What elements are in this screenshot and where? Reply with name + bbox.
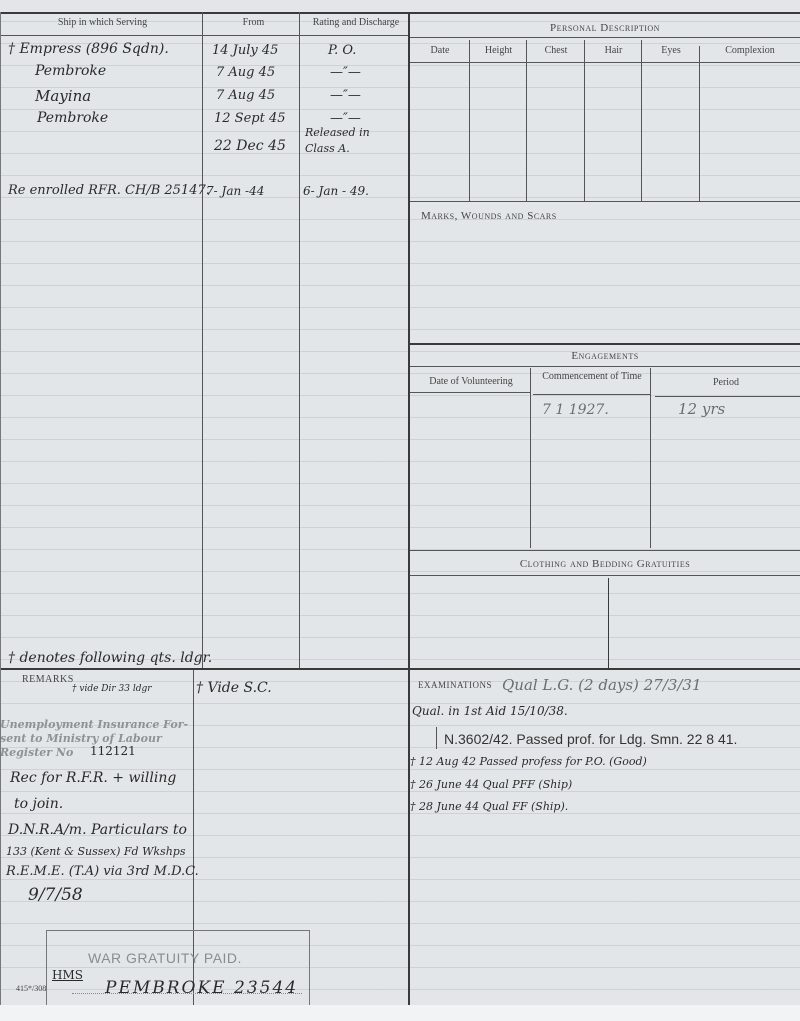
exam-entry-2: Qual. in 1st Aid 15/10/38.	[412, 704, 568, 718]
left-edge	[0, 12, 1, 1005]
pd-col-eyes: Eyes	[642, 45, 700, 56]
pd-divider-4	[641, 40, 642, 201]
remarks-vide: † Vide S.C.	[196, 680, 272, 696]
unemployment-line-1: Unemployment Insurance For-	[0, 718, 188, 731]
service-rating-7: 6- Jan - 49.	[303, 184, 369, 198]
pd-divider-1	[469, 40, 470, 201]
exam-entry-1: Qual L.G. (2 days) 27/3/31	[502, 676, 702, 694]
engagements-title: Engagements	[410, 350, 800, 362]
eng-col-commencement: Commencement of Time	[533, 371, 651, 383]
top-border	[0, 12, 800, 14]
service-from-3: 7 Aug 45	[216, 88, 275, 103]
service-rating-4: —″—	[330, 111, 361, 126]
remarks-hw-3: D.N.R.A/m. Particulars to	[8, 822, 187, 838]
eng-rule-a	[410, 392, 530, 393]
service-record-sheet: Ship in which Serving From Rating and Di…	[0, 0, 800, 1005]
eng-title-rule	[410, 366, 800, 367]
register-number: 112121	[90, 744, 136, 758]
unemployment-line-3: Register No	[0, 746, 73, 759]
stamp-prefix: HMS	[52, 968, 83, 982]
pd-col-hair: Hair	[585, 45, 642, 56]
service-rating-6: Class A.	[305, 142, 350, 155]
remarks-hw-2: to join.	[14, 796, 63, 812]
pd-divider-3	[584, 40, 585, 201]
eng-rule-b	[533, 394, 650, 395]
eng-col-volunteering: Date of Volunteering	[410, 376, 532, 387]
exam-entry-3-bar	[436, 727, 437, 749]
engagements-top-rule	[410, 343, 800, 345]
remarks-note: † vide Dir 33 ldgr	[72, 684, 152, 694]
service-from-5: 22 Dec 45	[214, 138, 286, 154]
eng-bottom-rule	[410, 550, 800, 551]
pd-col-complexion: Complexion	[700, 45, 800, 56]
center-divider	[408, 12, 410, 1007]
remarks-top-rule	[0, 668, 800, 670]
remarks-hw-4: 133 (Kent & Sussex) Fd Wkshps	[6, 845, 185, 858]
pd-col-date: Date	[410, 45, 470, 56]
service-rating-3: —″—	[330, 88, 361, 103]
header-from: From	[205, 17, 302, 28]
pd-bottom-rule	[410, 201, 800, 202]
pd-col-chest: Chest	[527, 45, 585, 56]
form-number: 415*/308	[16, 984, 46, 993]
stamp-dotted-line	[72, 993, 302, 994]
eng-divider-1	[530, 368, 531, 548]
remarks-hw-1: Rec for R.F.R. + willing	[10, 770, 176, 786]
pd-divider-2	[526, 40, 527, 201]
stamp-ship-number: PEMBROKE 23544	[105, 978, 298, 998]
service-ship-3: Mayina	[35, 87, 91, 105]
service-ship-4: Pembroke	[37, 110, 108, 126]
examinations-label: Examinations	[418, 680, 492, 690]
service-from-1: 14 July 45	[212, 43, 278, 58]
clothing-title: Clothing and Bedding Gratuities	[410, 558, 800, 570]
eng-commencement-value: 7 1 1927.	[542, 402, 609, 418]
service-ship-7: Re enrolled RFR. CH/B 25147.	[8, 183, 210, 198]
eng-divider-2	[650, 368, 651, 548]
footnote: † denotes following qts. ldgr.	[8, 650, 212, 666]
eng-period-value: 12 yrs	[678, 400, 725, 418]
col-divider-2	[299, 12, 300, 668]
exam-entry-4: † 12 Aug 42 Passed profess for P.O. (Goo…	[410, 755, 647, 768]
marks-title: Marks, Wounds and Scars	[421, 210, 557, 222]
clothing-title-rule	[410, 575, 800, 576]
remarks-label: REMARKS	[22, 674, 74, 685]
header-ship: Ship in which Serving	[0, 17, 205, 28]
service-header-rule	[0, 35, 408, 36]
service-rating-1: P. O.	[328, 43, 356, 58]
service-rating-5: Released in	[305, 126, 370, 139]
service-ship-2: Pembroke	[35, 63, 106, 79]
exam-entry-3: N.3602/42. Passed prof. for Ldg. Smn. 22…	[444, 731, 737, 747]
exam-entry-5: † 26 June 44 Qual PFF (Ship)	[410, 778, 572, 791]
stamp-text: WAR GRATUITY PAID.	[88, 950, 242, 966]
service-ship-1: † Empress (896 Sqdn).	[8, 41, 169, 57]
pd-col-height: Height	[470, 45, 527, 56]
eng-col-period: Period	[652, 377, 800, 388]
pd-title-rule	[410, 37, 800, 38]
header-rating: Rating and Discharge	[302, 17, 410, 28]
personal-description-title: Personal Description	[410, 22, 800, 34]
remarks-hw-6: 9/7/58	[28, 885, 83, 905]
service-from-7: 7- Jan -44	[206, 184, 264, 198]
remarks-hw-5: R.E.M.E. (T.A) via 3rd M.D.C.	[6, 864, 199, 879]
exam-entry-6: † 28 June 44 Qual FF (Ship).	[410, 800, 568, 813]
page-margin	[0, 1005, 800, 1021]
eng-rule-c	[655, 396, 800, 397]
service-from-2: 7 Aug 45	[216, 65, 275, 80]
service-rating-2: —″—	[330, 65, 361, 80]
col-divider-1	[202, 12, 203, 668]
service-from-4: 12 Sept 45	[214, 111, 286, 126]
unemployment-line-2: sent to Ministry of Labour	[0, 732, 162, 745]
pd-divider-5	[699, 46, 700, 201]
clothing-divider	[608, 578, 609, 670]
